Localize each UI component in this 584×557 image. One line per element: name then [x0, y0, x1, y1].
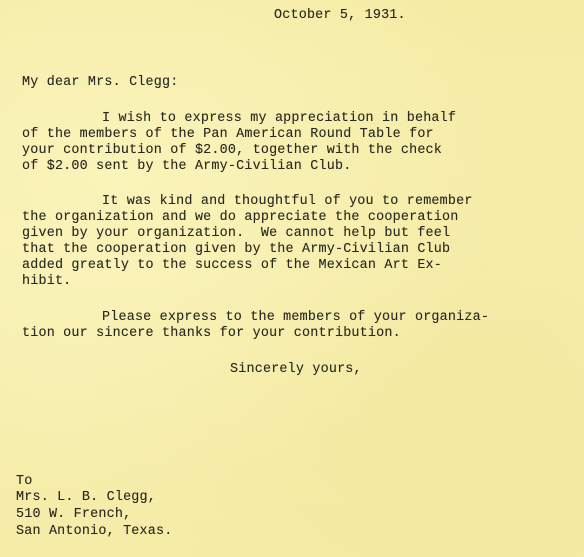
paragraph-line: I wish to express my appreciation in beh…	[102, 111, 456, 127]
paragraph-line: tion our sincere thanks for your contrib…	[22, 326, 401, 342]
paragraph-line: of $2.00 sent by the Army-Civilian Club.	[22, 159, 351, 175]
recipient-street: 510 W. French,	[16, 507, 131, 523]
closing: Sincerely yours,	[230, 362, 362, 378]
paragraph-line: that the cooperation given by the Army-C…	[22, 242, 450, 258]
paragraph-line: the organization and we do appreciate th…	[22, 210, 459, 226]
letter-date: October 5, 1931.	[274, 8, 406, 24]
paragraph-line: Please express to the members of your or…	[102, 310, 489, 326]
typewritten-letter: October 5, 1931. My dear Mrs. Clegg: I w…	[0, 0, 584, 557]
paragraph-line: given by your organization. We cannot he…	[22, 226, 450, 242]
recipient-to: To	[16, 474, 32, 490]
salutation: My dear Mrs. Clegg:	[22, 75, 178, 91]
paragraph-line: added greatly to the success of the Mexi…	[22, 258, 442, 274]
paragraph-line: It was kind and thoughtful of you to rem…	[102, 194, 473, 210]
recipient-city: San Antonio, Texas.	[16, 524, 172, 540]
paragraph-line: your contribution of $2.00, together wit…	[22, 143, 442, 159]
recipient-name: Mrs. L. B. Clegg,	[16, 490, 156, 506]
paragraph-line: of the members of the Pan American Round…	[22, 127, 434, 143]
paragraph-line: hibit.	[22, 274, 71, 290]
